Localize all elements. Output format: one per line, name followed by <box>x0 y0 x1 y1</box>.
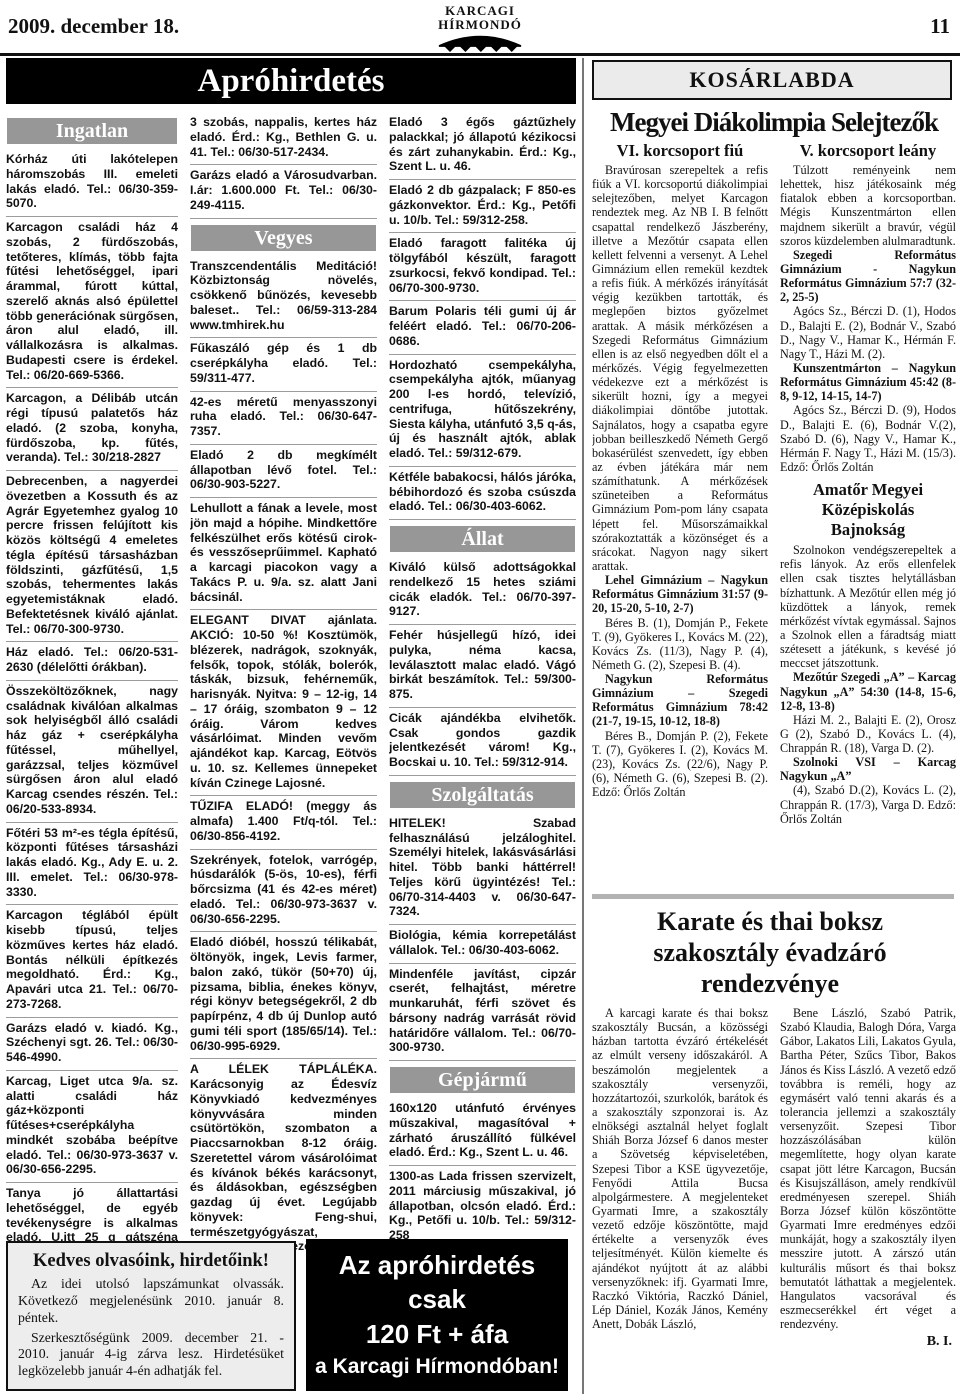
editorial-notice-box: Kedves olvasóink, hirdetőink! Az idei ut… <box>6 1241 296 1391</box>
classified-ad: 1300-as Lada frissen szervizelt, 2011 má… <box>389 1166 576 1248</box>
section-header-vegyes: Vegyes <box>191 225 376 251</box>
match-players: Béres B., Domján P. (2), Fekete T. (7), … <box>592 729 768 800</box>
classified-ad: Karcagon, a Délibáb utcán régi típusú pa… <box>6 388 178 471</box>
classified-ad: Kórház úti lakótelepen háromszobás III. … <box>6 149 178 217</box>
classified-ad: Eladó faragott falitéka új tölgyfából ké… <box>389 233 576 301</box>
match-players: (4), Szabó D.(2), Kovács L. (2), Chrappá… <box>780 783 956 825</box>
classified-ad: 160x120 utánfutó érvényes műszakival, ma… <box>389 1098 576 1166</box>
classified-ad: Szekrények, fotelok, varrógép, húsdaráló… <box>190 850 377 933</box>
match-result: Lehel Gimnázium – Nagykun Református Gim… <box>592 573 768 615</box>
classified-ad: Hordozható csempekályha, csempekályha aj… <box>389 355 576 467</box>
classified-ad: Fűkaszáló gép és 1 db cserépkályha eladó… <box>190 338 377 391</box>
classifieds-column-ingatlan: Ingatlan Kórház úti lakótelepen háromszo… <box>6 112 178 1303</box>
classified-price-promo-box: Az apróhirdetés csak 120 Ft + áfa a Karc… <box>306 1239 568 1391</box>
classified-ad: Eladó 3 égős gáztűzhely palackkal; jó ál… <box>389 112 576 180</box>
classified-ad: Karcag, Liget utca 9/a. sz. alatti csalá… <box>6 1071 178 1183</box>
classified-ad: Főtéri 53 m²-es tégla építésű, központi … <box>6 823 178 906</box>
classified-ad: Transzcendentális Meditáció! Közbiztonsá… <box>190 256 377 339</box>
classified-ad: Kétféle babakocsi, hálós járóka, bébihor… <box>389 467 576 520</box>
sports-section: KOSÁRLABDA Megyei Diákolimpia Selejtezők… <box>582 58 958 1394</box>
classified-ad: Karcagon téglából épült kisebb típusú, t… <box>6 905 178 1017</box>
newspaper-page: 2009. december 18. KARCAGI HÍRMONDÓ 11 A… <box>0 0 960 1394</box>
classified-ad: ELEGANT DIVAT ajánlata. AKCIÓ: 10-50 %! … <box>190 610 377 796</box>
match-result: Szegedi Református Gimnázium - Nagykun R… <box>780 248 956 305</box>
classified-ad: Kiváló külső adottságokkal rendelkező 15… <box>389 557 576 625</box>
kosarlabda-header-box: KOSÁRLABDA <box>592 60 952 100</box>
basketball-columns: VI. korcsoport fiú Bravúrosan szerepelte… <box>592 140 956 888</box>
article-paragraph: A karcagi karate és thai boksz szakosztá… <box>592 1006 768 1331</box>
promo-line: csak <box>408 1286 466 1313</box>
classified-ad: Biológia, kémia korrepetálást vállalok. … <box>389 925 576 964</box>
match-result: Szolnoki VSI – Karcag Nagykun „A” <box>780 755 956 783</box>
section-divider <box>592 894 954 899</box>
masthead-logo: KARCAGI HÍRMONDÓ <box>437 4 523 52</box>
karate-column-right: Bene László, Szabó Patrik, Szabó Klaudia… <box>780 1006 956 1351</box>
notice-title: Kedves olvasóink, hirdetőink! <box>18 1249 284 1273</box>
promo-line: 120 Ft + áfa <box>366 1321 508 1348</box>
classified-ad: Garázs eladó a Városudvarban. I.ár: 1.60… <box>190 165 377 218</box>
classified-ad: A LÉLEK TÁPLÁLÉKA. Karácsonyig az Édesví… <box>190 1059 377 1259</box>
classifieds-column-right: Eladó 3 égős gáztűzhely palackkal; jó ál… <box>389 112 576 1303</box>
classifieds-columns: Ingatlan Kórház úti lakótelepen háromszo… <box>6 112 576 1303</box>
section-header-ingatlan: Ingatlan <box>7 118 177 144</box>
section-header-gepjarmu: Gépjármű <box>390 1067 575 1093</box>
classified-ad: 42-es méretű menyasszonyi ruha eladó. Te… <box>190 392 377 445</box>
match-result: Mezőtúr Szegedi „A” – Karcag Nagykun „A”… <box>780 670 956 712</box>
classified-ad: TŰZIFA ELADÓ! (meggy ás almafa) 1.400 Ft… <box>190 796 377 849</box>
article-paragraph: Túlzott reményeink nem lehettek, hisz já… <box>780 163 956 248</box>
karate-columns: A karcagi karate és thai boksz szakosztá… <box>592 1006 956 1351</box>
article-paragraph: Bravúrosan szerepeltek a refis fiúk a VI… <box>592 163 768 573</box>
page-header: 2009. december 18. KARCAGI HÍRMONDÓ 11 <box>0 0 960 56</box>
match-players: Béres B. (1), Domján P., Fekete T. (9), … <box>592 616 768 673</box>
classified-ad: Cicák ajándékba elvihetők. Csak gondos g… <box>389 708 576 776</box>
classified-ad: Garázs eladó v. kiadó. Kg., Széchenyi sg… <box>6 1018 178 1071</box>
classified-ad: Eladó 2 db megkímélt állapotban lévő fot… <box>190 445 377 498</box>
classified-ad: Fehér húsjellegű hízó, idei pulyka, néma… <box>389 625 576 708</box>
page-number: 11 <box>930 14 950 38</box>
classified-ad: Összeköltözőknek, nagy családnak kiválóa… <box>6 681 178 823</box>
classified-ad: HITELEK! Szabad felhasználású jelzáloghi… <box>389 813 576 925</box>
classified-ad: 3 szobás, nappalis, kertes ház eladó. Ér… <box>190 112 377 165</box>
girls-subheading: V. korcsoport leány <box>780 140 956 161</box>
article-byline: B. I. <box>780 1333 956 1351</box>
classified-ad: Eladó dióbél, hosszú télikabát, öltönyök… <box>190 932 377 1059</box>
classifieds-column-middle: 3 szobás, nappalis, kertes ház eladó. Ér… <box>190 112 377 1303</box>
match-result: Kunszentmárton – Nagykun Református Gimn… <box>780 361 956 403</box>
classified-ad: Debrecenben, a nagyerdei övezetben a Kos… <box>6 471 178 642</box>
classified-ad: Barum Polaris téli gumi új ár feléért el… <box>389 301 576 354</box>
promo-line: a Karcagi Hírmondóban! <box>315 1355 559 1378</box>
masthead-line2: HÍRMONDÓ <box>437 18 523 32</box>
match-players: Házi M. 2., Balajti E. (2), Orosz G (2),… <box>780 713 956 755</box>
karate-article-title: Karate és thai boksz szakosztály évadzár… <box>592 906 948 999</box>
classified-ad: Lehullott a fának a levele, most jön maj… <box>190 498 377 610</box>
basketball-girls-column: V. korcsoport leány Túlzott reményeink n… <box>780 140 956 888</box>
promo-line: Az apróhirdetés <box>339 1252 536 1279</box>
issue-date: 2009. december 18. <box>8 14 179 38</box>
classifieds-banner-title: Apróhirdetés <box>6 58 576 104</box>
classified-ad: Karcagon családi ház 4 szobás, 2 fürdősz… <box>6 217 178 388</box>
amateur-championship-subheading: Amatőr Megyei Középiskolás Bajnokság <box>798 480 938 540</box>
classified-ad: Ház eladó. Tel.: 06/20-531-2630 (délelőt… <box>6 642 178 681</box>
boys-subheading: VI. korcsoport fiú <box>592 140 768 161</box>
match-players: Agócs Sz., Bérczi D. (1), Hodos D., Bala… <box>780 304 956 361</box>
classified-ad: Eladó 2 db gázpalack; F 850-es gázkonvek… <box>389 180 576 233</box>
match-players: Agócs Sz., Bérczi D. (9), Hodos D., Bala… <box>780 403 956 474</box>
section-header-allat: Állat <box>390 526 575 552</box>
basketball-boys-column: VI. korcsoport fiú Bravúrosan szerepelte… <box>592 140 768 888</box>
basketball-article-title: Megyei Diákolimpia Selejtezők <box>592 106 956 138</box>
section-header-szolgaltatas: Szolgáltatás <box>390 782 575 808</box>
article-paragraph: Szolnokon vendégszerepeltek a refis lány… <box>780 543 956 670</box>
masthead-line1: KARCAGI <box>437 4 523 18</box>
match-result: Nagykun Református Gimnázium – Szegedi R… <box>592 672 768 729</box>
article-paragraph: Bene László, Szabó Patrik, Szabó Klaudia… <box>780 1006 956 1331</box>
karate-column-left: A karcagi karate és thai boksz szakosztá… <box>592 1006 768 1351</box>
classifieds-section: Apróhirdetés Ingatlan Kórház úti lakótel… <box>6 58 576 1394</box>
classified-ad: Mindenféle javítást, cipzár cserét, felh… <box>389 964 576 1062</box>
masthead-crown-icon <box>437 34 523 52</box>
notice-paragraph: Szerkesztőségünk 2009. december 21. - 20… <box>18 1330 284 1380</box>
notice-paragraph: Az idei utolsó lapszámunkat olvassák. Kö… <box>18 1276 284 1326</box>
